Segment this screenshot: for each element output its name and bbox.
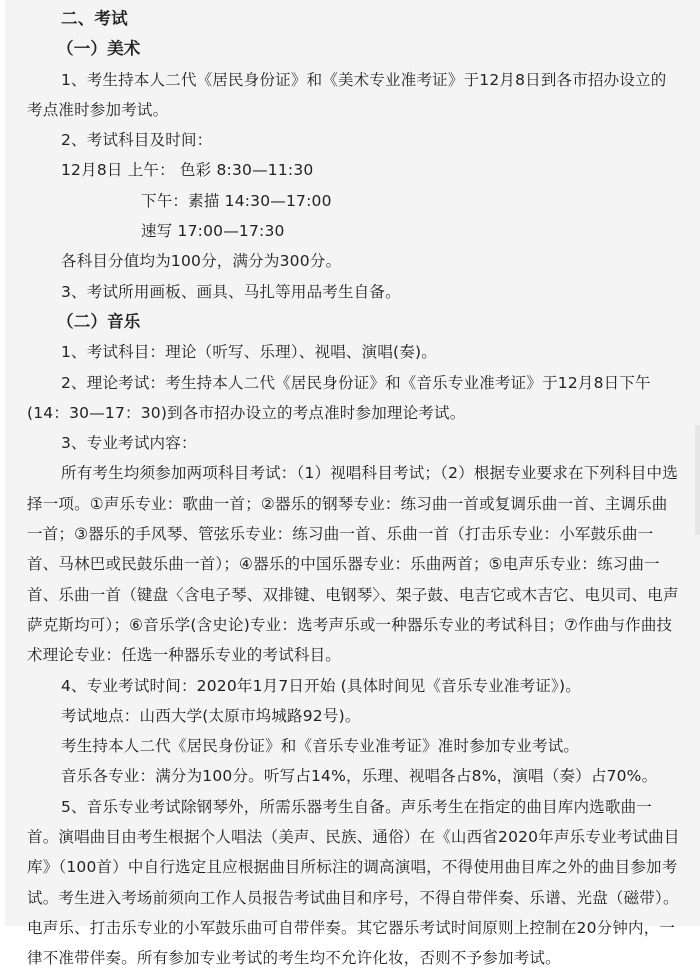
music-paragraph-3-label: 3、专业考试内容： (27, 428, 682, 458)
music-exam-scores: 音乐各专业：满分为100分。听写占14%，乐理、视唱各占8%，演唱（奏）占70%… (27, 761, 682, 791)
art-scores: 各科目分值均为100分，满分为300分。 (27, 246, 682, 276)
art-paragraph-3: 3、考试所用画板、画具、马扎等用品考生自备。 (27, 277, 682, 307)
music-paragraph-3-body: 所有考生均须参加两项科目考试：（1）视唱科目考试；（2）根据专业要求在下列科目中… (27, 458, 682, 670)
art-paragraph-2-label: 2、考试科目及时间： (27, 125, 682, 155)
art-schedule-sketch: 速写 17:00—17:30 (27, 216, 682, 246)
music-exam-location: 考试地点：山西大学(太原市坞城路92号)。 (27, 701, 682, 731)
music-exam-id: 考生持本人二代《居民身份证》和《音乐专业准考证》准时参加专业考试。 (27, 731, 682, 761)
art-schedule-afternoon: 下午：素描 14:30—17:00 (27, 186, 682, 216)
music-paragraph-1: 1、考试科目：理论（听写、乐理）、视唱、演唱(奏)。 (27, 337, 682, 367)
section-title: 二、考试 (27, 4, 682, 34)
document-page: 二、考试 （一）美术 1、考生持本人二代《居民身份证》和《美术专业准考证》于12… (5, 0, 700, 926)
music-heading: （二）音乐 (27, 307, 682, 337)
scrollbar[interactable] (695, 425, 700, 535)
art-paragraph-1: 1、考生持本人二代《居民身份证》和《美术专业准考证》于12月8日到各市招办设立的… (27, 65, 682, 126)
music-exam-time: 4、专业考试时间：2020年1月7日开始 (具体时间见《音乐专业准考证》)。 (27, 671, 682, 701)
art-heading: （一）美术 (27, 34, 682, 64)
music-paragraph-5: 5、音乐专业考试除钢琴外，所需乐器考生自备。声乐考生在指定的曲目库内选歌曲一首。… (27, 792, 682, 926)
art-schedule-morning: 12月8日 上午： 色彩 8:30—11:30 (27, 155, 682, 185)
music-paragraph-2: 2、理论考试：考生持本人二代《居民身份证》和《音乐专业准考证》于12月8日下午(… (27, 368, 682, 429)
document-content: 二、考试 （一）美术 1、考生持本人二代《居民身份证》和《美术专业准考证》于12… (27, 4, 682, 926)
